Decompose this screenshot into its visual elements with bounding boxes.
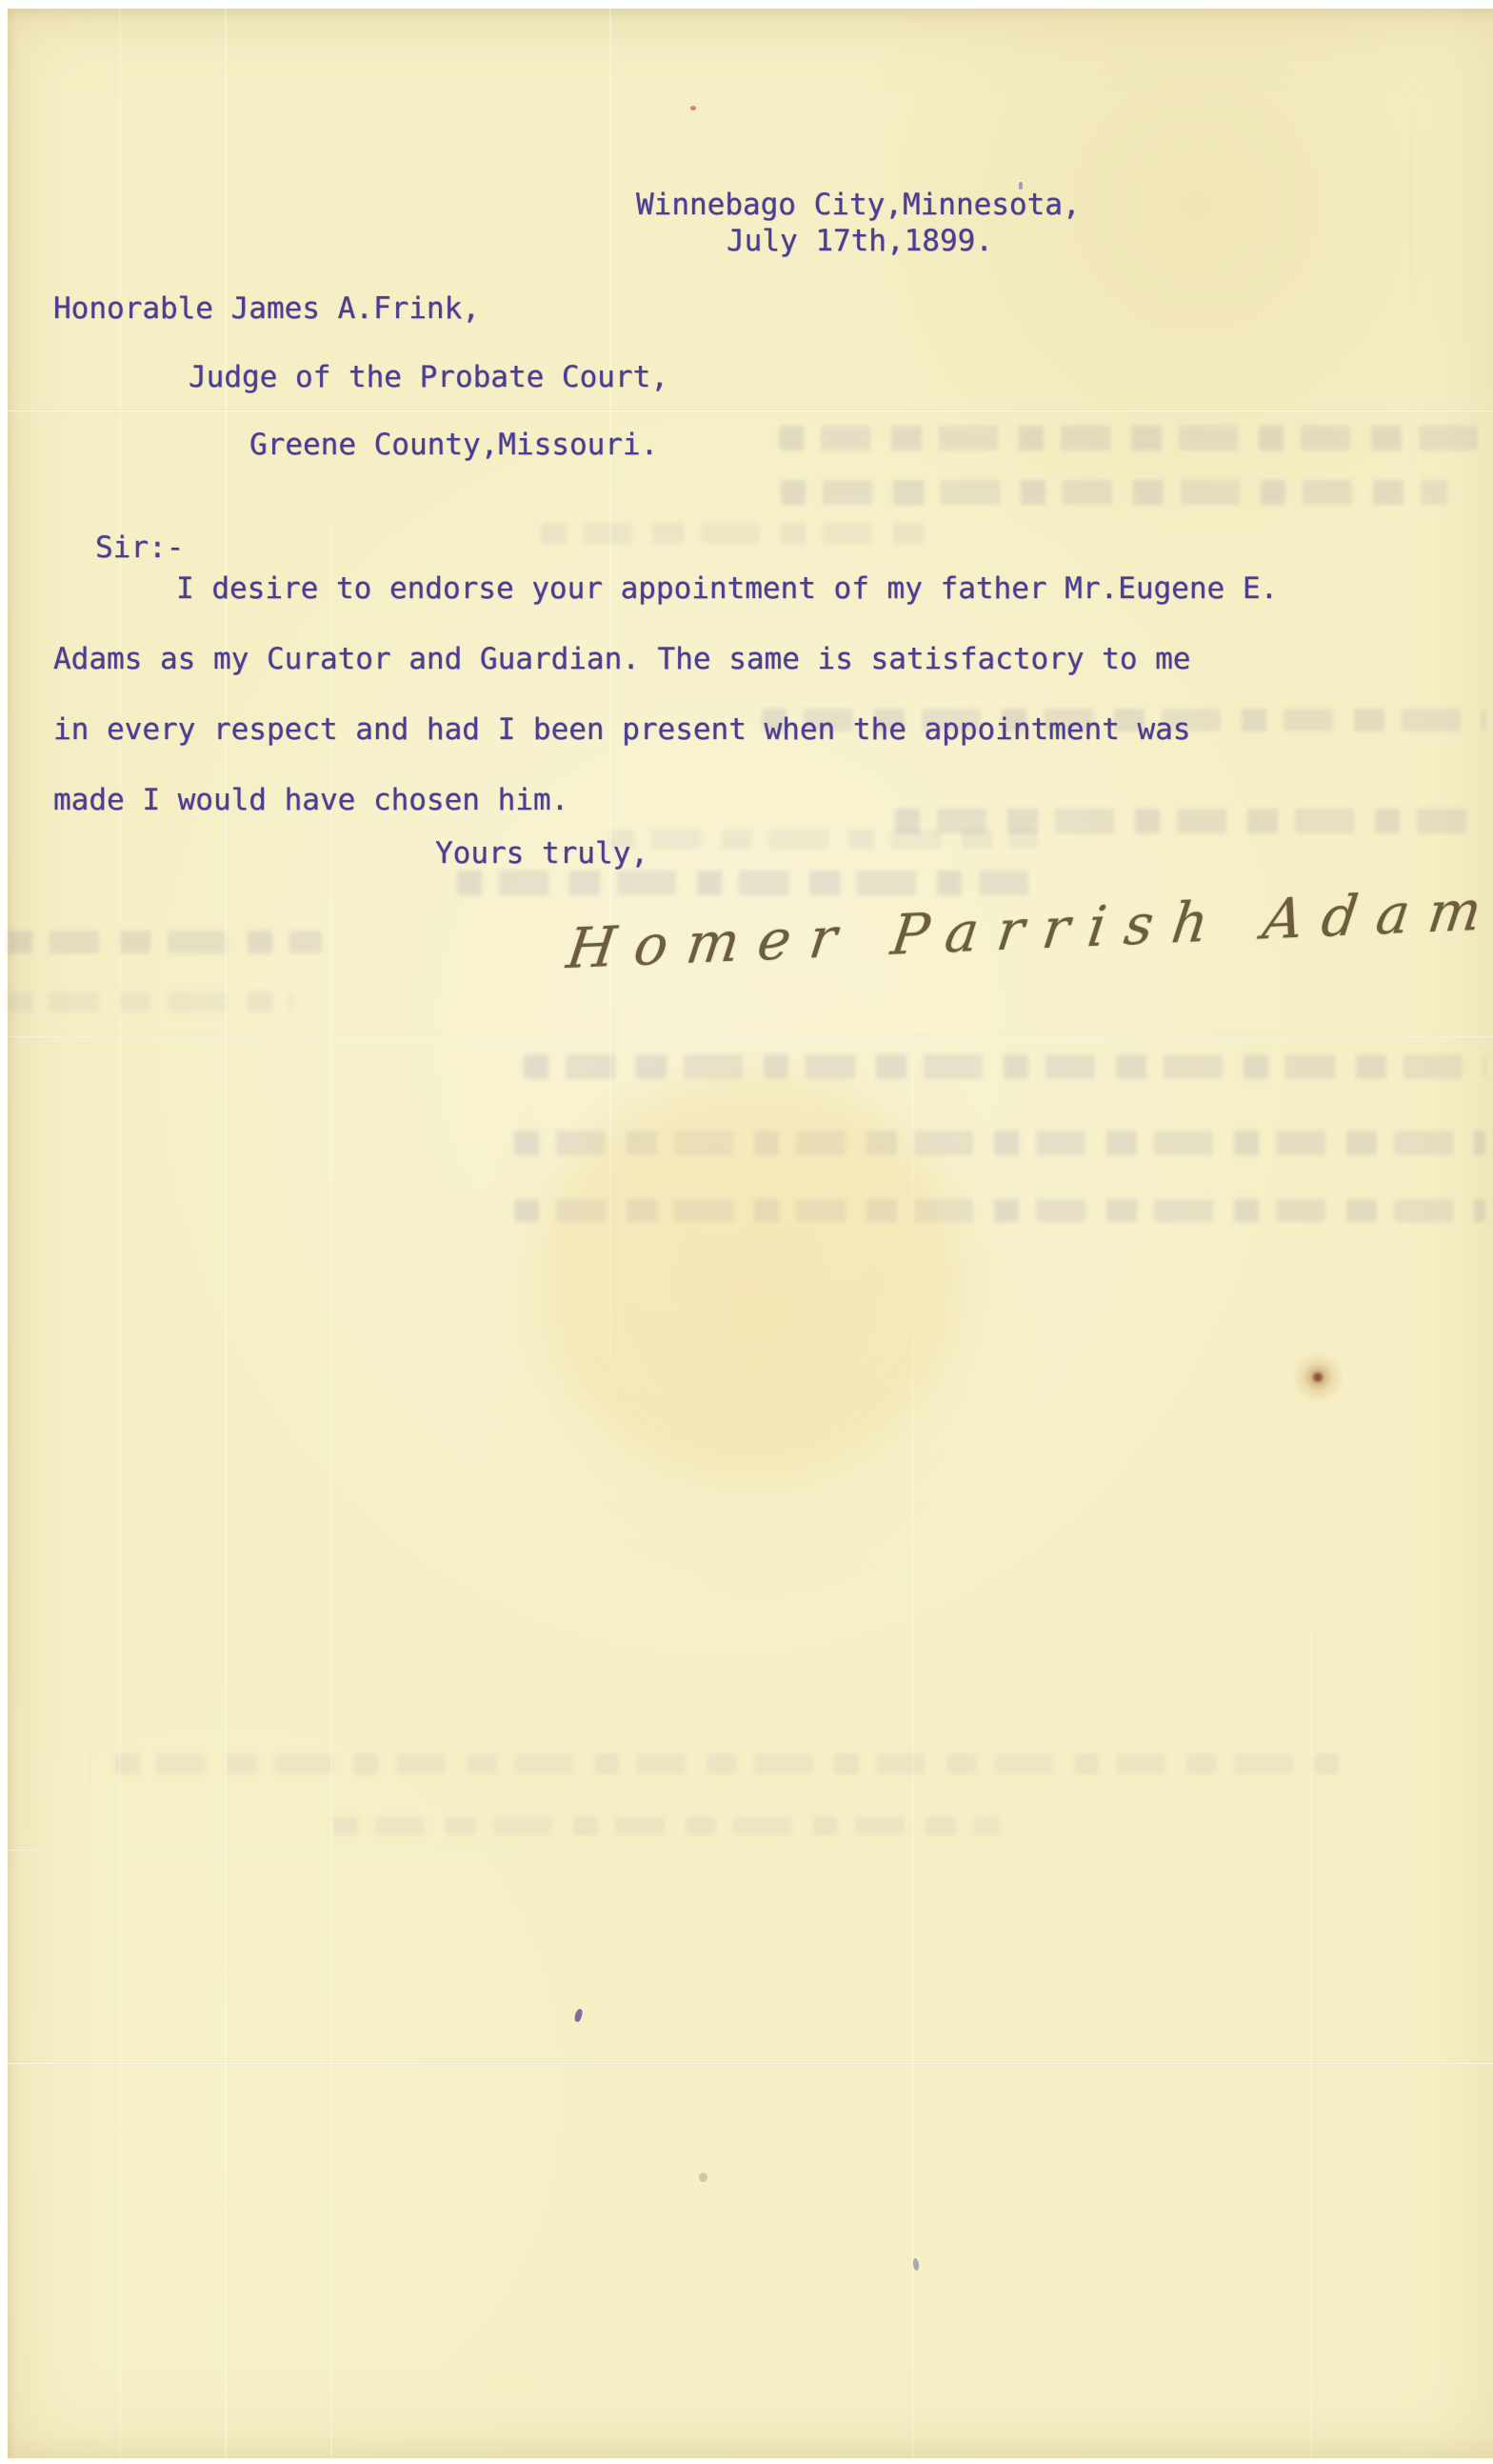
ink-speck [573,2008,583,2022]
ink-bleedthrough [8,992,293,1012]
body-line-4: made I would have chosen him. [53,784,568,818]
fold-crease-vertical [119,9,121,2458]
fold-crease-horizontal [8,1035,1493,1038]
ink-bleedthrough [457,871,1047,895]
fold-crease-vertical [1310,1628,1312,2458]
ink-bleedthrough [333,1816,1000,1835]
fold-crease-horizontal [8,1849,899,1852]
ink-bleedthrough [779,426,1483,451]
recipient-location: Greene County,Missouri. [249,429,658,463]
fold-crease-horizontal [8,2062,1493,2065]
ink-bleedthrough [114,1753,1352,1774]
dateline-city: Winnebago City,Minnesota, [636,189,1081,223]
letter-scan: Winnebago City,Minnesota, July 17th,1899… [0,0,1493,2464]
recipient-title: Judge of the Probate Court, [189,361,668,395]
salutation: Sir:- [95,531,184,566]
recipient-name: Honorable James A.Frink, [53,292,480,327]
ink-bleedthrough [8,931,322,953]
body-line-2: Adams as my Curator and Guardian. The sa… [53,643,1190,677]
paper-stain [541,1075,960,1475]
fold-crease-horizontal [8,410,1493,412]
ink-bleedthrough [781,480,1447,505]
ink-bleedthrough [609,830,1038,849]
smudge-mark [699,2173,707,2182]
body-line-3: in every respect and had I been present … [53,713,1190,748]
dateline-date: July 17th,1899. [727,225,993,259]
closing: Yours truly, [435,837,648,871]
ink-bleedthrough [524,1054,1485,1079]
rust-spot [1289,1349,1346,1406]
ink-bleedthrough [541,523,941,544]
red-speck [690,106,696,110]
body-line-1: I desire to endorse your appointment of … [176,572,1278,607]
